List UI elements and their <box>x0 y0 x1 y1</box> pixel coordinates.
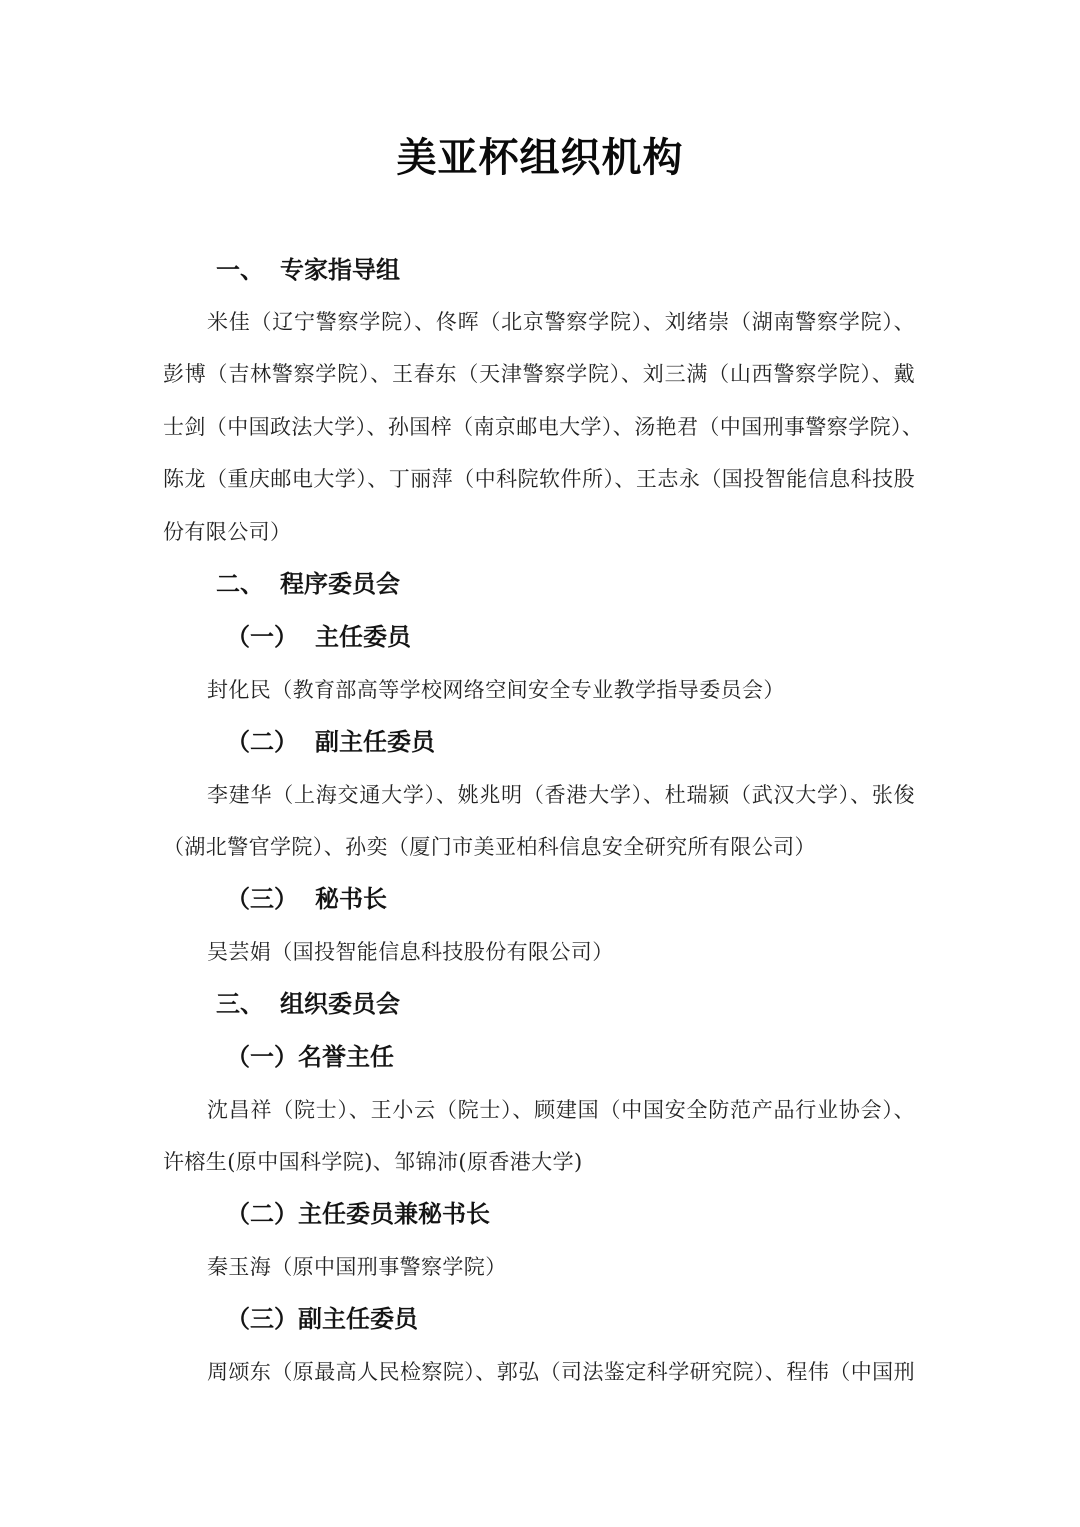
section-heading-organizing-committee: 三、组织委员会 <box>216 989 400 1019</box>
paragraph-line: 士剑（中国政法大学）、孙国梓（南京邮电大学）、汤艳君（中国刑事警察学院）、 <box>163 413 915 441</box>
section-number: 三、 <box>216 989 280 1019</box>
section-title: 程序委员会 <box>280 570 400 598</box>
document-title: 美亚杯组织机构 <box>0 130 1080 186</box>
section-heading-expert-group: 一、专家指导组 <box>216 255 400 285</box>
subsection-heading-chair: （一）主任委员 <box>226 622 411 652</box>
paragraph-line: 秦玉海（原中国刑事警察学院） <box>207 1253 507 1281</box>
section-title: 组织委员会 <box>280 990 400 1018</box>
subsection-title: 秘书长 <box>315 885 387 913</box>
paragraph-line: 吴芸娟（国投智能信息科技股份有限公司） <box>207 938 614 966</box>
subsection-heading-secretary-general: （三）秘书长 <box>226 884 387 914</box>
paragraph-line: 许榕生(原中国科学院)、邹锦沛(原香港大学) <box>163 1148 583 1176</box>
subsection-heading-vice-chair: （三）副主任委员 <box>226 1304 418 1334</box>
paragraph-line: 沈昌祥（院士）、王小云（院士）、顾建国（中国安全防范产品行业协会）、 <box>207 1096 915 1124</box>
subsection-number: （二） <box>226 1199 298 1229</box>
paragraph-line: （湖北警官学院）、孙奕（厦门市美亚柏科信息安全研究所有限公司） <box>163 833 816 861</box>
section-title: 专家指导组 <box>280 256 400 284</box>
subsection-number: （一） <box>226 622 315 652</box>
subsection-title: 副主任委员 <box>315 728 435 756</box>
subsection-number: （三） <box>226 1304 298 1334</box>
document-page: 美亚杯组织机构 一、专家指导组 米佳（辽宁警察学院）、佟晖（北京警察学院）、刘绪… <box>0 0 1080 1527</box>
paragraph-line: 陈龙（重庆邮电大学）、丁丽萍（中科院软件所）、王志永（国投智能信息科技股 <box>163 465 915 493</box>
paragraph-line: 李建华（上海交通大学）、姚兆明（香港大学）、杜瑞颍（武汉大学）、张俊 <box>207 781 915 809</box>
section-number: 二、 <box>216 569 280 599</box>
subsection-title: 名誉主任 <box>298 1043 394 1071</box>
section-heading-program-committee: 二、程序委员会 <box>216 569 400 599</box>
subsection-title: 副主任委员 <box>298 1305 418 1333</box>
paragraph-line: 份有限公司） <box>163 518 291 546</box>
paragraph-line: 周颂东（原最高人民检察院）、郭弘（司法鉴定科学研究院）、程伟（中国刑 <box>207 1358 915 1386</box>
subsection-title: 主任委员兼秘书长 <box>298 1200 490 1228</box>
paragraph-line: 米佳（辽宁警察学院）、佟晖（北京警察学院）、刘绪崇（湖南警察学院）、 <box>207 308 915 336</box>
subsection-number: （三） <box>226 884 315 914</box>
subsection-heading-vice-chair: （二）副主任委员 <box>226 727 435 757</box>
section-number: 一、 <box>216 255 280 285</box>
subsection-number: （二） <box>226 727 315 757</box>
subsection-title: 主任委员 <box>315 623 411 651</box>
paragraph-line: 封化民（教育部高等学校网络空间安全专业教学指导委员会） <box>207 676 785 704</box>
subsection-number: （一） <box>226 1042 298 1072</box>
subsection-heading-chair-and-secretary-general: （二）主任委员兼秘书长 <box>226 1199 490 1229</box>
subsection-heading-honorary-chair: （一）名誉主任 <box>226 1042 394 1072</box>
paragraph-line: 彭博（吉林警察学院）、王春东（天津警察学院）、刘三满（山西警察学院）、戴 <box>163 360 915 388</box>
